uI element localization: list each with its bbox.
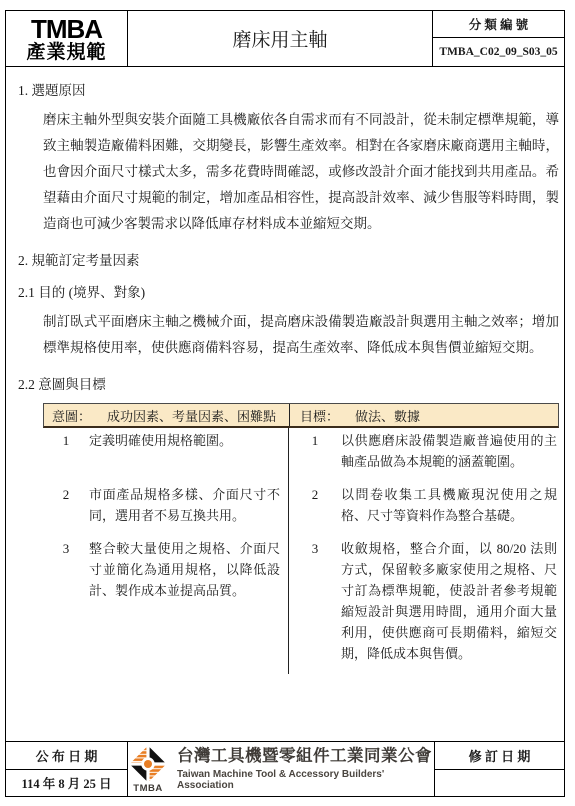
goal-text: 收斂規格，整合介面，以 80/20 法則方式，保留較多廠家使用之規格、尺寸訂為標…: [341, 538, 557, 664]
goal-header-cell: 目標： 做法、數據: [289, 404, 558, 426]
tmba-logo-subtext: 產業規範: [26, 43, 106, 62]
section-2-1-heading: 2.1 目的 (境界、對象): [18, 281, 556, 301]
tmba-logo-text: TMBA: [31, 16, 102, 42]
section-1-paragraph: 磨床主軸外型與安裝介面隨工具機廠依各自需求而有不同設計，從未制定標準規範，導致主…: [43, 107, 559, 237]
table-row: 2 市面產品規格多樣、介面尺寸不同，選用者不易互換共用。 2 以問卷收集工具機廠…: [43, 482, 559, 536]
classification-box: 分 類 編 號 TMBA_C02_09_S03_05: [432, 11, 564, 66]
publish-date-box: 公 布 日 期 114 年 8 月 25 日: [6, 742, 128, 796]
table-row: 1 定義明確使用規格範圍。 1 以供應磨床設備製造廠普遍使用的主軸產品做為本規範…: [43, 428, 559, 482]
intent-text: 整合較大量使用之規格、介面尺寸並簡化為通用規格，以降低設計、製作成本並提高品質。: [89, 538, 280, 601]
section-1-heading: 1. 選題原因: [18, 79, 556, 99]
intent-goal-table-header: 意圖： 成功因素、考量因素、困難點 目標： 做法、數據: [43, 403, 559, 428]
revision-date-value: [435, 770, 564, 796]
association-name-en: Taiwan Machine Tool & Accessory Builders…: [177, 769, 434, 791]
tmba-footer-logo-text: TMBA: [133, 783, 162, 794]
intent-cell: 3 整合較大量使用之規格、介面尺寸並簡化為通用規格，以降低設計、製作成本並提高品…: [43, 536, 288, 674]
association-names: 台灣工具機暨零組件工業同業公會 Taiwan Machine Tool & Ac…: [177, 747, 434, 791]
goal-text: 以問卷收集工具機廠現況使用之規格、尺寸等資料作為整合基礎。: [341, 484, 557, 526]
goal-cell: 1 以供應磨床設備製造廠普遍使用的主軸產品做為本規範的涵蓋範圍。: [288, 428, 559, 482]
document-page: TMBA 產業規範 磨床用主軸 分 類 編 號 TMBA_C02_09_S03_…: [5, 10, 565, 797]
row-number: 3: [43, 538, 89, 559]
row-number: 2: [43, 484, 89, 505]
intent-text: 市面產品規格多樣、介面尺寸不同，選用者不易互換共用。: [89, 484, 280, 526]
section-2-1-paragraph: 制訂臥式平面磨床主軸之機械介面，提高磨床設備製造廠設計與選用主軸之效率；增加標準…: [43, 309, 559, 361]
table-row: 3 整合較大量使用之規格、介面尺寸並簡化為通用規格，以降低設計、製作成本並提高品…: [43, 536, 559, 674]
goal-header-label: 目標：: [300, 406, 339, 425]
row-number: 1: [43, 430, 89, 451]
goal-cell: 3 收斂規格，整合介面，以 80/20 法則方式，保留較多廠家使用之規格、尺寸訂…: [288, 536, 559, 674]
publish-date-label: 公 布 日 期: [6, 742, 127, 770]
section-2-2-heading: 2.2 意圖與目標: [18, 373, 556, 393]
goal-cell: 2 以問卷收集工具機廠現況使用之規格、尺寸等資料作為整合基礎。: [288, 482, 559, 536]
intent-text: 定義明確使用規格範圍。: [89, 430, 280, 451]
row-number: 2: [289, 484, 341, 505]
tmba-logo-box: TMBA 產業規範: [6, 11, 128, 66]
row-number: 3: [289, 538, 341, 559]
document-body: 1. 選題原因 磨床主軸外型與安裝介面隨工具機廠依各自需求而有不同設計，從未制定…: [6, 67, 564, 741]
revision-date-box: 修 訂 日 期: [434, 742, 564, 796]
document-footer: 公 布 日 期 114 年 8 月 25 日: [6, 741, 564, 796]
classification-label: 分 類 編 號: [433, 11, 564, 38]
classification-code: TMBA_C02_09_S03_05: [433, 38, 564, 66]
intent-header-text: 成功因素、考量因素、困難點: [107, 406, 276, 425]
tmba-diamond-icon: [128, 744, 168, 784]
document-title: 磨床用主軸: [128, 11, 432, 66]
section-2-heading: 2. 規範訂定考量因素: [18, 249, 556, 269]
row-number: 1: [289, 430, 341, 451]
intent-cell: 1 定義明確使用規格範圍。: [43, 428, 288, 482]
intent-header-cell: 意圖： 成功因素、考量因素、困難點: [44, 404, 289, 426]
intent-cell: 2 市面產品規格多樣、介面尺寸不同，選用者不易互換共用。: [43, 482, 288, 536]
association-box: TMBA 台灣工具機暨零組件工業同業公會 Taiwan Machine Tool…: [128, 742, 434, 796]
document-header: TMBA 產業規範 磨床用主軸 分 類 編 號 TMBA_C02_09_S03_…: [6, 11, 564, 67]
goal-text: 以供應磨床設備製造廠普遍使用的主軸產品做為本規範的涵蓋範圍。: [341, 430, 557, 472]
tmba-footer-logo: TMBA: [128, 744, 168, 794]
intent-header-label: 意圖：: [52, 406, 91, 425]
publish-date-value: 114 年 8 月 25 日: [6, 770, 127, 796]
revision-date-label: 修 訂 日 期: [435, 742, 564, 770]
intent-goal-table: 意圖： 成功因素、考量因素、困難點 目標： 做法、數據 1 定義明確使用規格範圍…: [43, 403, 559, 674]
goal-header-text: 做法、數據: [355, 406, 420, 425]
association-name-zh: 台灣工具機暨零組件工業同業公會: [177, 747, 434, 767]
